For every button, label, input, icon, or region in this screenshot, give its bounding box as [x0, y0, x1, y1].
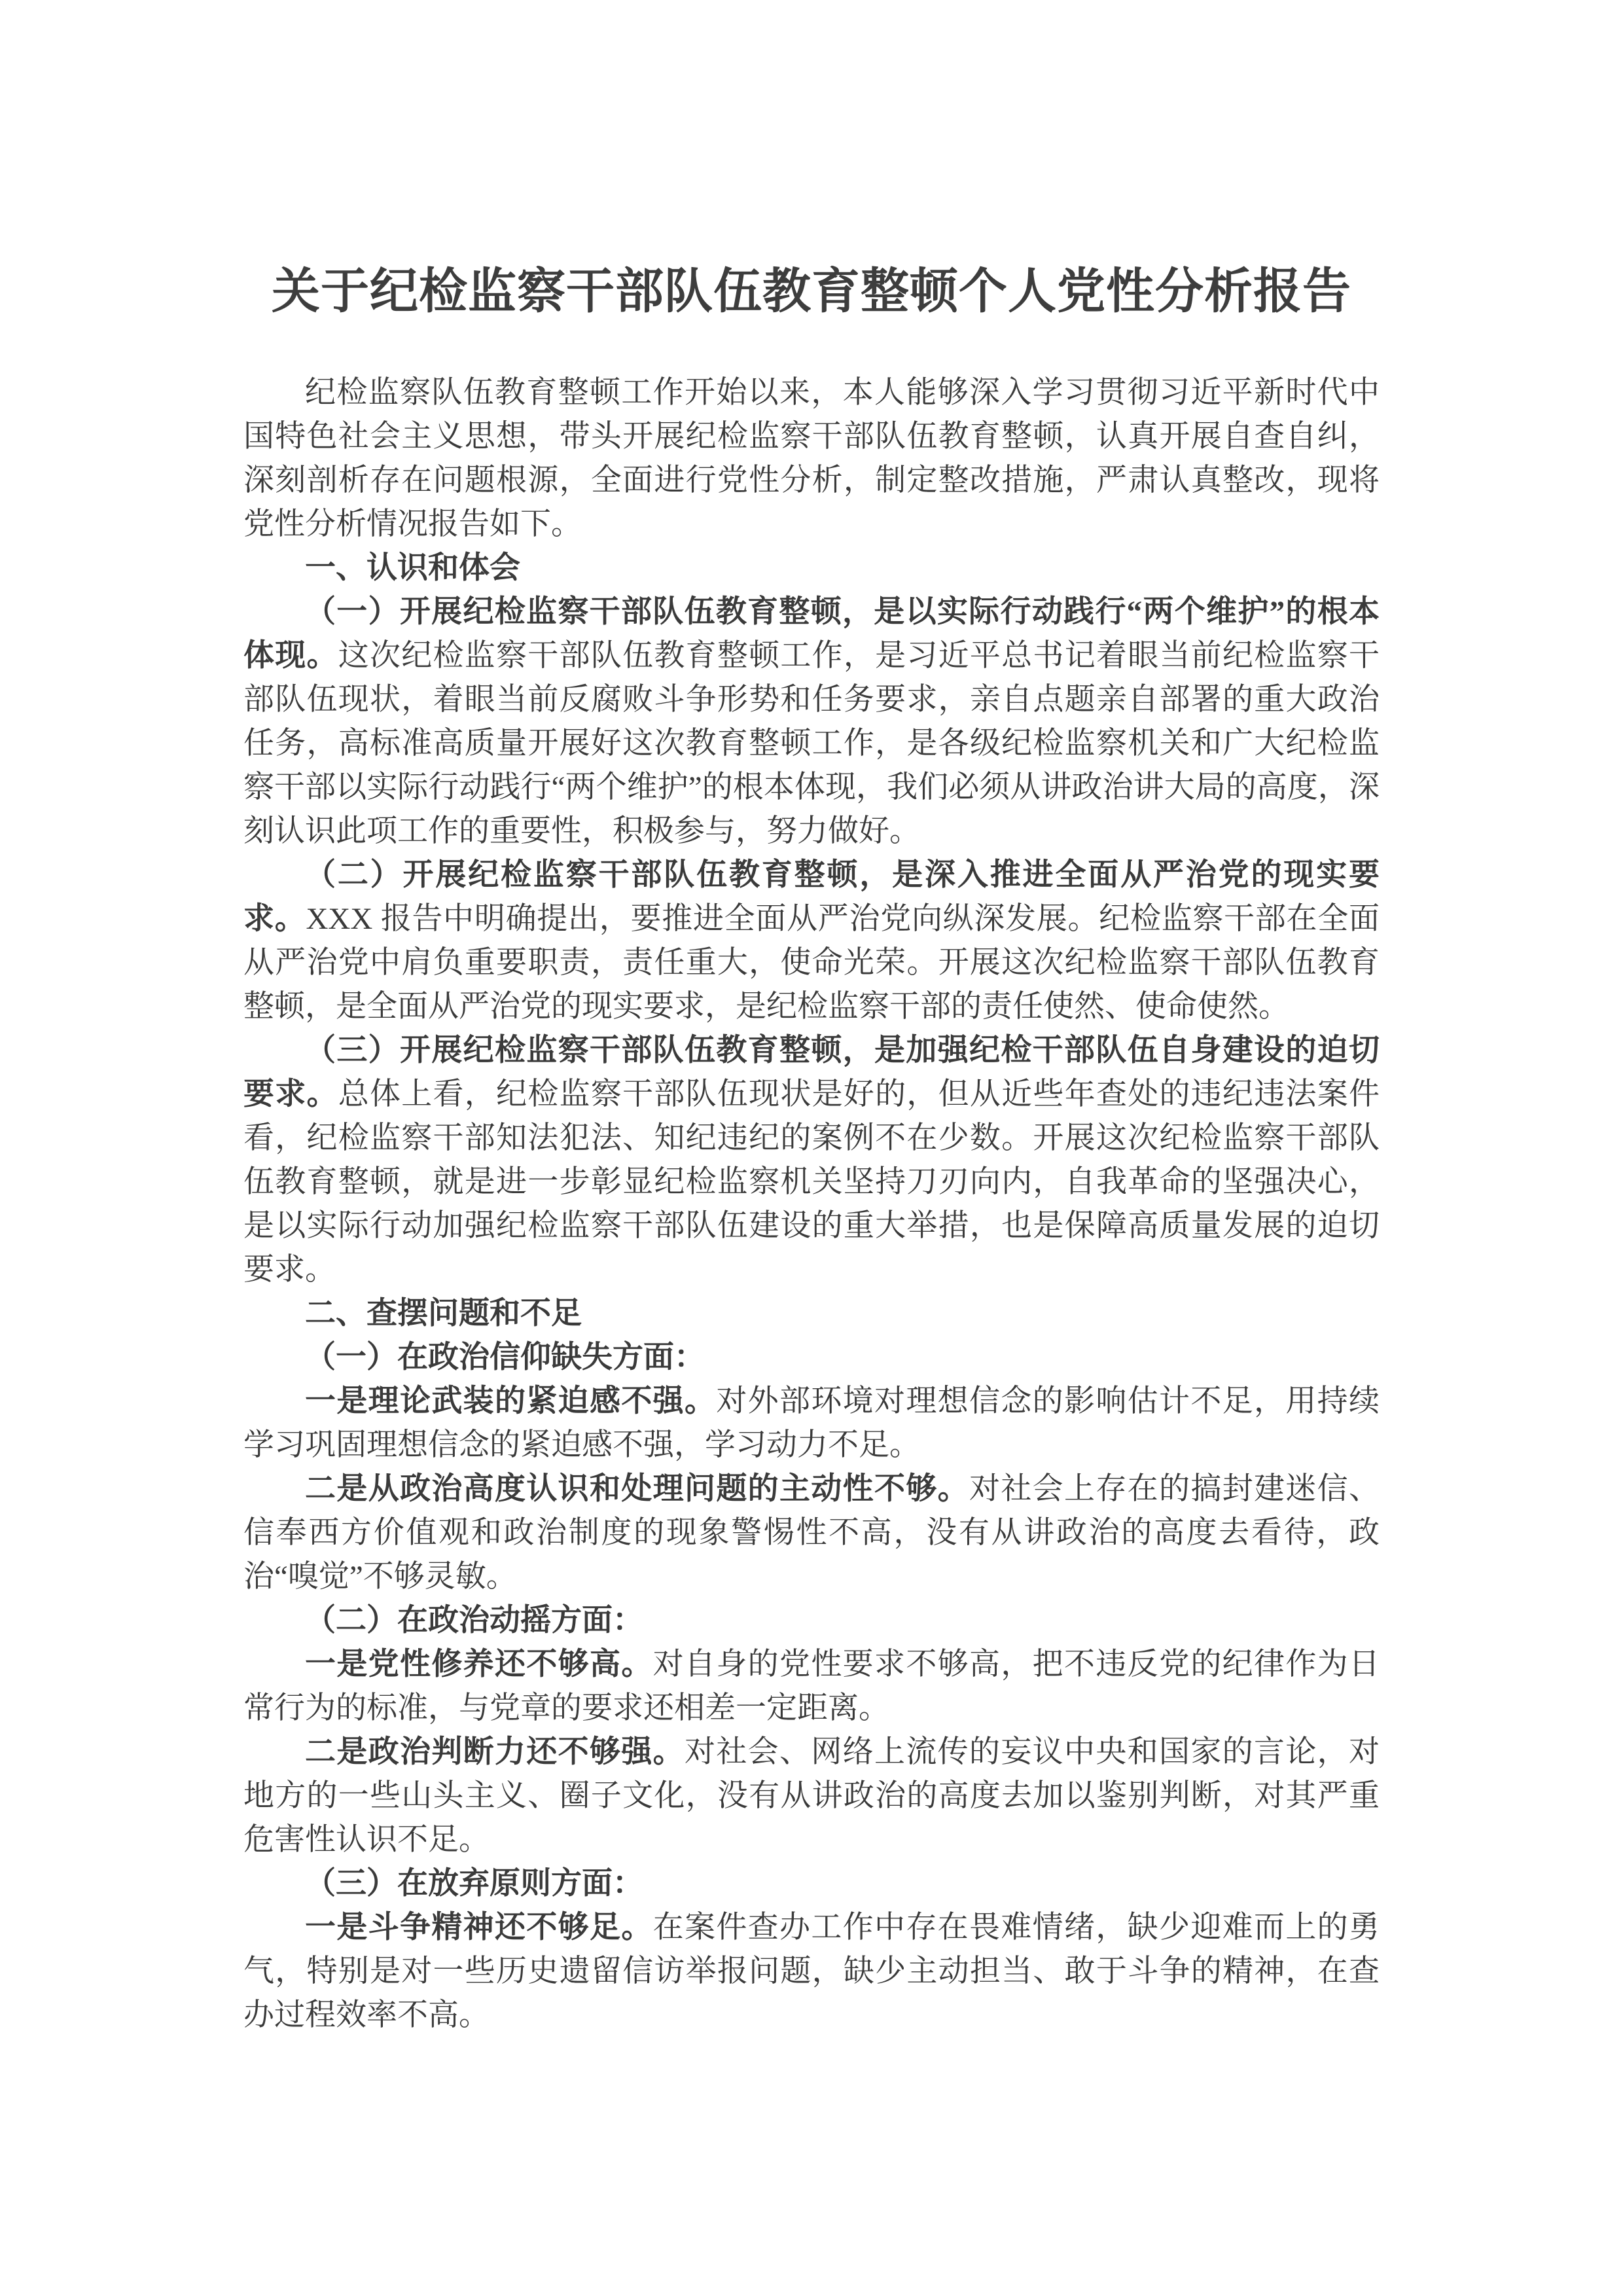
- section-1-heading: 一、认识和体会: [243, 547, 1380, 590]
- document-page: 关于纪检监察干部队伍教育整顿个人党性分析报告 纪检监察队伍教育整顿工作开始以来，…: [0, 0, 1623, 2296]
- bold-lead: （二）在政治动摇方面：: [305, 1604, 643, 1638]
- section-2-heading: 二、查摆问题和不足: [243, 1292, 1380, 1336]
- section-1-point-3: （三）开展纪检监察干部队伍教育整顿，是加强纪检干部队伍自身建设的迫切要求。总体上…: [243, 1029, 1380, 1292]
- section-2-sub-2-point-1: 一是党性修养还不够高。对自身的党性要求不够高，把不违反党的纪律作为日常行为的标准…: [243, 1643, 1380, 1731]
- section-2-sub-1-point-2: 二是从政治高度认识和处理问题的主动性不够。对社会上存在的搞封建迷信、信奉西方价值…: [243, 1467, 1380, 1599]
- section-2-sub-2-point-2: 二是政治判断力还不够强。对社会、网络上流传的妄议中央和国家的言论，对地方的一些山…: [243, 1731, 1380, 1862]
- bold-lead: （三）在放弃原则方面：: [305, 1867, 643, 1901]
- intro-paragraph: 纪检监察队伍教育整顿工作开始以来，本人能够深入学习贯彻习近平新时代中国特色社会主…: [243, 371, 1380, 547]
- section-2-sub-1-heading: （一）在政治信仰缺失方面：: [243, 1336, 1380, 1380]
- document-title: 关于纪检监察干部队伍教育整顿个人党性分析报告: [243, 267, 1380, 315]
- paragraph-text: 总体上看，纪检监察干部队伍现状是好的，但从近些年查处的违纪违法案件看，纪检监察干…: [243, 1077, 1380, 1287]
- bold-lead: 二、查摆问题和不足: [305, 1297, 582, 1331]
- section-1-point-1: （一）开展纪检监察干部队伍教育整顿，是以实际行动践行“两个维护”的根本体现。这次…: [243, 590, 1380, 853]
- bold-lead: 一是斗争精神还不够足。: [305, 1910, 653, 1945]
- paragraph-text: 这次纪检监察干部队伍教育整顿工作，是习近平总书记着眼当前纪检监察干部队伍现状，着…: [243, 639, 1380, 848]
- bold-lead: 一是党性修养还不够高。: [305, 1647, 653, 1681]
- bold-lead: 一是理论武装的紧迫感不强。: [305, 1384, 716, 1418]
- section-1-point-2: （二）开展纪检监察干部队伍教育整顿，是深入推进全面从严治党的现实要求。XXX 报…: [243, 853, 1380, 1029]
- section-2-sub-2-heading: （二）在政治动摇方面：: [243, 1599, 1380, 1643]
- section-2-sub-1-point-1: 一是理论武装的紧迫感不强。对外部环境对理想信念的影响估计不足，用持续学习巩固理想…: [243, 1380, 1380, 1467]
- section-2-sub-3-heading: （三）在放弃原则方面：: [243, 1862, 1380, 1906]
- paragraph-text: XXX 报告中明确提出，要推进全面从严治党向纵深发展。纪检监察干部在全面从严治党…: [243, 902, 1380, 1024]
- bold-lead: 二是政治判断力还不够强。: [305, 1735, 685, 1769]
- bold-lead: 一、认识和体会: [305, 551, 520, 585]
- section-2-sub-3-point-1: 一是斗争精神还不够足。在案件查办工作中存在畏难情绪，缺少迎难而上的勇气，特别是对…: [243, 1906, 1380, 2037]
- bold-lead: 二是从政治高度认识和处理问题的主动性不够。: [305, 1472, 969, 1506]
- bold-lead: （一）在政治信仰缺失方面：: [305, 1340, 705, 1374]
- paragraph-text: 纪检监察队伍教育整顿工作开始以来，本人能够深入学习贯彻习近平新时代中国特色社会主…: [243, 376, 1380, 541]
